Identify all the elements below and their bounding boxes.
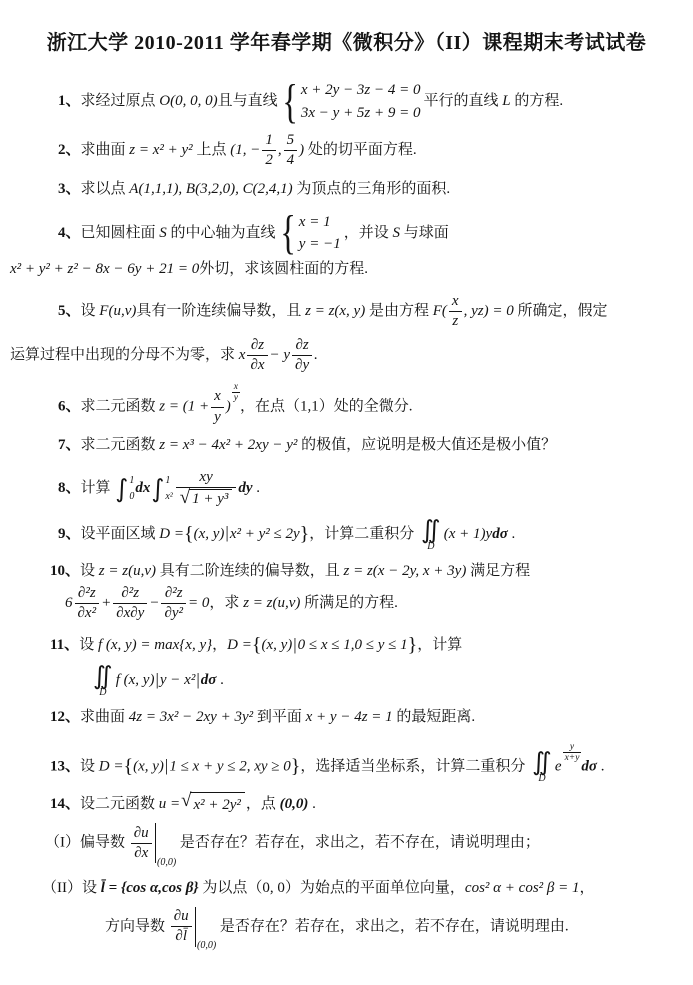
partial-derivative-fraction: ∂z∂x: [247, 337, 267, 375]
fraction-denominator: 4: [284, 150, 298, 169]
lower-limit: x²: [165, 492, 172, 502]
right-brace-icon: }: [300, 522, 310, 544]
exponent-fraction: xy: [232, 382, 240, 404]
text: 求以点: [81, 181, 130, 197]
problem-number: 13、: [50, 758, 80, 774]
problem-5-line-1: 5、设 F(u,v)具有一阶连续偏导数，且 z = z(x, y) 是由方程 F…: [58, 293, 683, 331]
fraction-numerator: ∂²z: [75, 585, 100, 603]
problem-number: 14、: [50, 796, 80, 812]
problem-5-line-2: 运算过程中出现的分母不为零，求 x∂z∂x− y∂z∂y.: [10, 337, 683, 375]
text: 具有二阶连续的偏导数，且: [156, 563, 344, 579]
math: (x, y): [261, 637, 292, 653]
problem-2: 2、求曲面 z = x² + y² 上点 (1, −12,54) 处的切平面方程…: [58, 132, 683, 170]
fraction-numerator: xy: [176, 469, 237, 487]
exam-page: 浙江大学 2010-2011 学年春学期《微积分》（II）课程期末考试试卷 1、…: [0, 0, 693, 947]
exponent-numerator: x: [232, 382, 240, 392]
text: 设二元函数: [80, 796, 159, 812]
right-brace-icon: }: [291, 755, 301, 777]
text: 求二元函数: [81, 398, 160, 414]
math: z = z(x − 2y, x + 3y): [344, 563, 467, 579]
math: (x, y): [133, 758, 164, 774]
text: 为以点（0, 0）为始点的平面单位向量，: [199, 880, 465, 896]
equation-line: 3x − y + 5z + 9 = 0: [301, 102, 421, 125]
fraction-denominator: ∂l̄: [171, 926, 192, 945]
text: 外切，求该圆柱面的方程.: [199, 261, 368, 277]
text: 的方程.: [511, 93, 564, 109]
text: ，点: [246, 796, 280, 812]
math: L: [502, 93, 510, 109]
text: 设: [80, 758, 99, 774]
text: 处的切平面方程.: [304, 142, 417, 158]
math: (x + 1)y: [444, 525, 492, 541]
problem-3: 3、求以点 A(1,1,1), B(3,2,0), C(2,4,1) 为顶点的三…: [58, 178, 683, 201]
math: z = x² + y²: [129, 142, 192, 158]
text: 运算过程中出现的分母不为零，求: [10, 347, 239, 363]
text: .: [216, 672, 224, 688]
problem-11-line-2: ∬Df (x, y)|y − x²|dσ .: [90, 663, 683, 698]
math: 0 ≤ x ≤ 1,0 ≤ y ≤ 1: [298, 637, 408, 653]
fraction-denominator: ∂y: [292, 355, 312, 374]
text: 是否存在？若存在，求出之，若不存在，请说明理由；: [176, 835, 540, 851]
equation-line: x = 1: [299, 211, 341, 234]
problem-number: 6、: [58, 398, 81, 414]
problem-number: 1、: [58, 93, 81, 109]
problem-number: 11、: [50, 637, 79, 653]
evaluation-bar: [155, 823, 156, 863]
text: 上点: [193, 142, 231, 158]
radicand: 1 + y³: [189, 489, 232, 508]
radicand: x² + 2y²: [190, 792, 244, 817]
math: dx: [135, 480, 150, 496]
math: S: [159, 225, 167, 241]
fraction-numerator: ∂²z: [113, 585, 147, 603]
text: 方向导数: [105, 918, 169, 934]
text: 是由方程: [365, 303, 433, 319]
integral-limits: 1x²: [165, 474, 172, 504]
problem-10-line-2: 6∂²z∂x²+∂²z∂x∂y−∂²z∂y²= 0，求 z = z(u,v) 所…: [65, 585, 683, 623]
math: +: [101, 595, 111, 611]
lower-limit: 0: [129, 492, 134, 502]
problem-1: 1、求经过原点 O(0, 0, 0)且与直线{x + 2y − 3z − 4 =…: [58, 79, 683, 124]
text: ，求: [209, 595, 243, 611]
fraction-denominator: ∂x: [131, 843, 152, 862]
integral: ∫10: [115, 474, 134, 504]
math: ): [226, 398, 231, 414]
partial-derivative-fraction: ∂u∂x: [131, 825, 152, 863]
integral-limits: 10: [129, 474, 134, 504]
problem-number: 4、: [58, 225, 81, 241]
math: dy: [238, 480, 252, 496]
equation-system: {x = 1y = −1: [279, 211, 341, 256]
math: e: [555, 758, 562, 774]
left-brace-icon: {: [282, 78, 298, 126]
text: ，: [212, 637, 227, 653]
fraction-numerator: ∂u: [131, 825, 152, 843]
integral-region: D: [427, 542, 434, 552]
text: .: [597, 758, 605, 774]
problem-6: 6、求二元函数 z = (1 +xy)xy，在点（1,1）处的全微分.: [58, 382, 683, 426]
equation-rows: x + 2y − 3z − 4 = 03x − y + 5z + 9 = 0: [301, 79, 421, 124]
text: 求经过原点: [81, 93, 160, 109]
problem-8: 8、计算 ∫10dx∫1x²xy√1 + y³dy .: [58, 469, 683, 509]
square-root: √x² + 2y²: [181, 792, 245, 817]
math: x² + y² + z² − 8x − 6y + 21 = 0: [10, 261, 199, 277]
math: − y: [270, 347, 291, 363]
fraction-denominator: √1 + y³: [176, 487, 237, 508]
upper-limit: 1: [165, 476, 172, 486]
math: O(0, 0, 0): [159, 93, 217, 109]
problem-4-line-2: x² + y² + z² − 8x − 6y + 21 = 0外切，求该圆柱面的…: [10, 258, 683, 281]
math: dσ: [581, 758, 597, 774]
text: 计算: [81, 480, 115, 496]
problem-number: 12、: [50, 709, 80, 725]
text: 平行的直线: [424, 93, 503, 109]
math: (1, −: [230, 142, 260, 158]
upper-limit: 1: [129, 476, 134, 486]
text: 到平面: [253, 709, 306, 725]
problem-number: 3、: [58, 181, 81, 197]
text: 设平面区域: [81, 525, 160, 541]
square-root: √1 + y³: [180, 489, 233, 508]
fraction-denominator: ∂x: [247, 355, 267, 374]
math: (0,0): [280, 796, 309, 812]
fraction-numerator: ∂²z: [161, 585, 186, 603]
double-integral: ∬D: [532, 749, 552, 784]
math: S: [392, 225, 400, 241]
fraction-numerator: ∂z: [292, 337, 312, 355]
equation-system: {x + 2y − 3z − 4 = 03x − y + 5z + 9 = 0: [281, 79, 421, 124]
math: dσ: [492, 525, 508, 541]
math: u =: [159, 796, 180, 812]
problem-14: 14、设二元函数 u =√x² + 2y²，点 (0,0) . （I）偏导数 ∂…: [10, 792, 683, 947]
problem-12: 12、求曲面 4z = 3x² − 2xy + 3y² 到平面 x + y − …: [50, 706, 683, 729]
text: ，计算二重积分: [309, 525, 418, 541]
math: F(: [433, 303, 447, 319]
math: z = z(x, y): [305, 303, 365, 319]
text: ，并设: [344, 225, 393, 241]
problem-14-part-2-line-1: （II）设 l̄ = {cos α,cos β} 为以点（0, 0）为始点的平面…: [42, 877, 683, 900]
math: y − x²: [160, 672, 195, 688]
evaluation-point: (0,0): [197, 938, 216, 954]
problem-number: 10、: [50, 563, 80, 579]
math: z = z(u,v): [99, 563, 156, 579]
fraction-denominator: ∂y²: [161, 603, 186, 622]
text: .: [508, 525, 516, 541]
text: 的最短距离.: [393, 709, 476, 725]
math: ,: [278, 142, 282, 158]
math: z = z(u,v): [243, 595, 300, 611]
problem-14-line-1: 14、设二元函数 u =√x² + 2y²，点 (0,0) .: [50, 792, 683, 817]
math: D =: [227, 637, 252, 653]
part-label: （II）: [42, 880, 82, 896]
fraction-numerator: x: [449, 293, 462, 311]
evaluation-bar: [195, 907, 196, 947]
exponent-fraction: yx+y: [563, 742, 582, 764]
evaluation-at-point: (0,0): [155, 823, 176, 863]
text: 的中心轴为直线: [167, 225, 276, 241]
double-integral: ∬D: [421, 517, 441, 552]
problem-4-line-1: 4、已知圆柱面 S 的中心轴为直线{x = 1y = −1，并设 S 与球面: [58, 211, 683, 256]
problem-number: 9、: [58, 525, 81, 541]
integral-icon: ∫: [115, 478, 128, 501]
integral-icon: ∫: [151, 478, 164, 501]
math: −: [149, 595, 159, 611]
exponent-numerator: y: [563, 742, 582, 752]
equation-line: x + 2y − 3z − 4 = 0: [301, 79, 421, 102]
fraction-denominator: ∂x²: [75, 603, 100, 622]
fraction-denominator: z: [449, 311, 462, 330]
fraction: xy√1 + y³: [176, 469, 237, 509]
math: f (x, y): [116, 672, 155, 688]
text: 与球面: [400, 225, 449, 241]
exponent-denominator: y: [232, 392, 240, 403]
text: 是否存在？若存在，求出之，若不存在，请说明理由.: [216, 918, 569, 934]
problem-number: 2、: [58, 142, 81, 158]
evaluation-point: (0,0): [157, 855, 176, 871]
text: 求曲面: [80, 709, 129, 725]
math: z = x³ − 4x² + 2xy − y²: [159, 437, 297, 453]
problem-11-line-1: 11、设 f (x, y) = max{x, y}，D ={(x, y)|0 ≤…: [50, 630, 683, 661]
fraction-numerator: 1: [262, 132, 276, 150]
text: 设: [82, 880, 101, 896]
left-brace-icon: {: [252, 634, 262, 656]
problem-11: 11、设 f (x, y) = max{x, y}，D ={(x, y)|0 ≤…: [10, 630, 683, 698]
text: 偏导数: [80, 835, 129, 851]
math: l̄ = {cos α,cos β}: [101, 880, 199, 896]
partial-derivative-fraction: ∂²z∂y²: [161, 585, 186, 623]
fraction: 54: [284, 132, 298, 170]
text: 已知圆柱面: [81, 225, 160, 241]
math: A(1,1,1), B(3,2,0), C(2,4,1): [129, 181, 292, 197]
math: D =: [159, 525, 184, 541]
math: 6: [65, 595, 73, 611]
fraction-numerator: x: [211, 388, 224, 406]
text: ，选择适当坐标系，计算二重积分: [300, 758, 529, 774]
math: 1 ≤ x + y ≤ 2, xy ≥ 0: [169, 758, 290, 774]
text: 且与直线: [218, 93, 278, 109]
problem-number: 8、: [58, 480, 81, 496]
problem-4: 4、已知圆柱面 S 的中心轴为直线{x = 1y = −1，并设 S 与球面 x…: [10, 211, 683, 281]
page-title: 浙江大学 2010-2011 学年春学期《微积分》（II）课程期末考试试卷: [10, 26, 683, 55]
math: .: [314, 347, 318, 363]
problem-9: 9、设平面区域 D ={(x, y)|x² + y² ≤ 2y}，计算二重积分 …: [58, 517, 683, 552]
text: 的极值，应说明是极大值还是极小值？: [297, 437, 556, 453]
math: cos² α + cos² β = 1: [465, 880, 580, 896]
problem-number: 7、: [58, 437, 81, 453]
problem-14-part-1: （I）偏导数 ∂u∂x(0,0) 是否存在？若存在，求出之，若不存在，请说明理由…: [45, 823, 683, 863]
left-brace-icon: {: [280, 210, 296, 258]
math: x + y − 4z = 1: [306, 709, 393, 725]
equation-line: y = −1: [299, 233, 341, 256]
fraction: 12: [262, 132, 276, 170]
text: 所确定，假定: [514, 303, 608, 319]
fraction-numerator: 5: [284, 132, 298, 150]
problem-number: 5、: [58, 303, 81, 319]
double-integral-icon: ∬: [532, 749, 552, 774]
math: x: [239, 347, 246, 363]
math: F(u,v): [99, 303, 136, 319]
problem-7: 7、求二元函数 z = x³ − 4x² + 2xy − y² 的极值，应说明是…: [58, 434, 683, 457]
equation-rows: x = 1y = −1: [299, 211, 341, 256]
text: 设: [81, 303, 100, 319]
partial-derivative-fraction: ∂²z∂x²: [75, 585, 100, 623]
evaluation-at-point: (0,0): [195, 907, 216, 947]
text: ，: [580, 880, 595, 896]
math: 4z = 3x² − 2xy + 3y²: [129, 709, 253, 725]
fraction-denominator: y: [211, 407, 224, 426]
fraction-denominator: 2: [262, 150, 276, 169]
text: 设: [79, 637, 98, 653]
math: z = (1 +: [159, 398, 209, 414]
problem-14-part-2-line-2: 方向导数 ∂u∂l̄(0,0) 是否存在？若存在，求出之，若不存在，请说明理由.: [105, 907, 683, 947]
text: 为顶点的三角形的面积.: [293, 181, 451, 197]
math: , yz) = 0: [464, 303, 514, 319]
exponent-denominator: x+y: [563, 752, 582, 763]
text: 满足方程: [466, 563, 530, 579]
right-brace-icon: }: [408, 634, 418, 656]
fraction-numerator: ∂u: [171, 908, 192, 926]
math: dσ: [201, 672, 217, 688]
text: 具有一阶连续偏导数，且: [136, 303, 305, 319]
text: ，计算: [417, 637, 462, 653]
problem-10-line-1: 10、设 z = z(u,v) 具有二阶连续的偏导数，且 z = z(x − 2…: [50, 560, 683, 583]
left-brace-icon: {: [184, 522, 194, 544]
problem-10: 10、设 z = z(u,v) 具有二阶连续的偏导数，且 z = z(x − 2…: [10, 560, 683, 623]
text: 设: [80, 563, 99, 579]
text: 求二元函数: [81, 437, 160, 453]
math: D =: [99, 758, 124, 774]
partial-derivative-fraction: ∂²z∂x∂y: [113, 585, 147, 623]
partial-derivative-fraction: ∂z∂y: [292, 337, 312, 375]
integral-region: D: [99, 688, 106, 698]
part-label: （I）: [45, 835, 80, 851]
fraction: xy: [211, 388, 224, 426]
fraction: xz: [449, 293, 462, 331]
text: .: [253, 480, 261, 496]
integral: ∫1x²: [151, 474, 172, 504]
fraction-denominator: ∂x∂y: [113, 603, 147, 622]
integral-region: D: [538, 774, 545, 784]
fraction-numerator: ∂z: [247, 337, 267, 355]
math: = 0: [188, 595, 209, 611]
math: (x, y): [194, 525, 225, 541]
partial-derivative-fraction: ∂u∂l̄: [171, 908, 192, 946]
text: ，在点（1,1）处的全微分.: [240, 398, 413, 414]
double-integral-icon: ∬: [421, 517, 441, 542]
problem-13: 13、设 D ={(x, y)|1 ≤ x + y ≤ 2, xy ≥ 0}，选…: [50, 742, 683, 785]
text: 所满足的方程.: [300, 595, 398, 611]
double-integral-icon: ∬: [93, 663, 113, 688]
math: x² + y² ≤ 2y: [230, 525, 300, 541]
text: .: [308, 796, 316, 812]
double-integral: ∬D: [93, 663, 113, 698]
text: 求曲面: [81, 142, 130, 158]
left-brace-icon: {: [124, 755, 134, 777]
problem-5: 5、设 F(u,v)具有一阶连续偏导数，且 z = z(x, y) 是由方程 F…: [10, 293, 683, 374]
math: f (x, y) = max{x, y}: [98, 637, 212, 653]
